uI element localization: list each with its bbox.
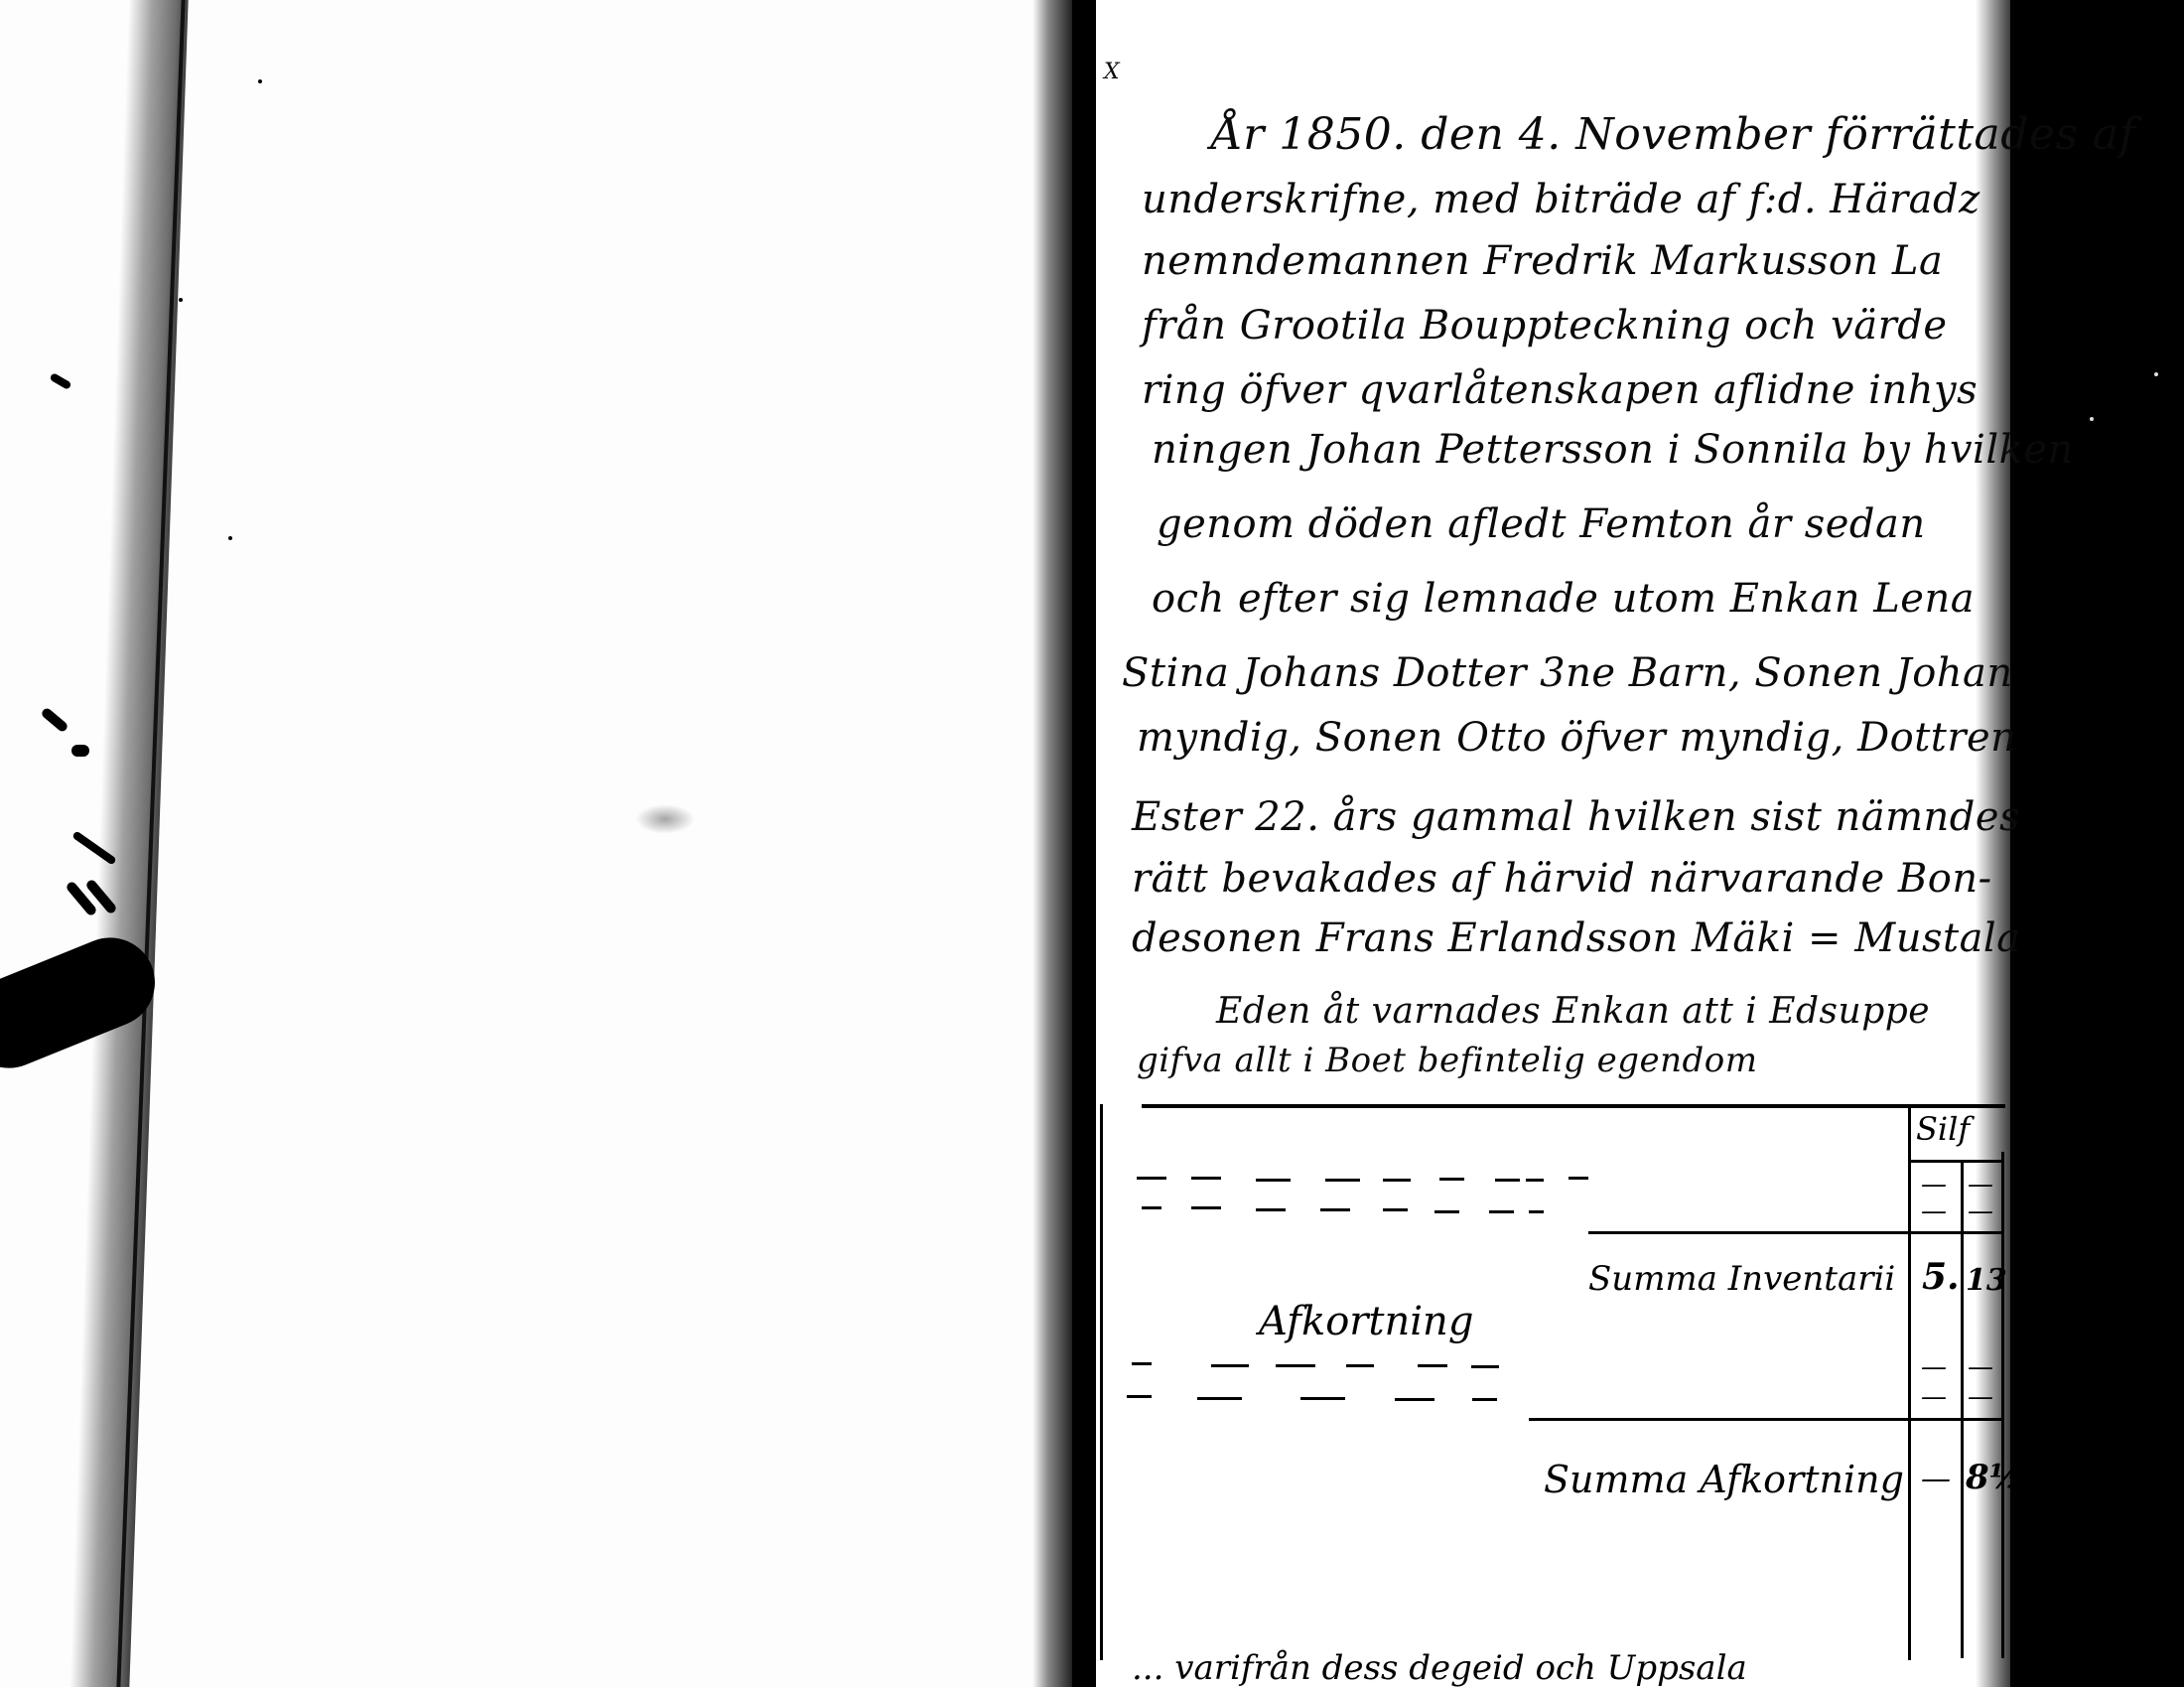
text-line: desonen Frans Erlandsson Mäki = Mustala <box>1132 915 2021 961</box>
ledger-cell: — <box>1921 1352 1947 1382</box>
ledger-sum-rule <box>1529 1418 2003 1421</box>
text-line: Stina Johans Dotter 3ne Barn, Sonen Joha… <box>1122 650 2013 696</box>
text-line: myndig, Sonen Otto öfver myndig, Dottren <box>1137 715 2016 761</box>
left-page-smudge <box>635 804 695 834</box>
text-line: från Grootila Bouppteckning och värde <box>1142 303 1948 349</box>
binding-mark-label: X <box>1104 60 1120 84</box>
ledger-cell: 5. <box>1922 1256 1960 1298</box>
text-line: Eden åt varnades Enkan att i Edsuppe <box>1216 991 1930 1032</box>
ledger-cell: — <box>1921 1170 1947 1199</box>
ledger-cell: — <box>1968 1170 1993 1199</box>
ledger-row-label: Summa Inventarii <box>1588 1259 1895 1299</box>
left-margin-marks <box>20 377 139 894</box>
ledger-column-divider <box>1961 1162 1964 1658</box>
ledger-cell: — <box>1968 1196 1993 1226</box>
text-line: gifva allt i Boet befintelig egendom <box>1137 1041 1757 1080</box>
ledger-cell: — <box>1968 1352 1993 1382</box>
ledger-cell: — <box>1968 1382 1993 1412</box>
text-line: rätt bevakades af härvid närvarande Bon- <box>1132 856 1992 902</box>
next-page-text-fragment: ... varifrån dess degeid och Uppsala <box>1132 1648 1747 1687</box>
ledger-column-divider <box>1908 1104 1911 1660</box>
ledger-left-border <box>1100 1104 1103 1660</box>
ledger-header-rule <box>1908 1160 2003 1163</box>
text-line: underskrifne, med biträde af f:d. Häradz <box>1142 177 1980 222</box>
ledger-table <box>1100 1104 1998 1660</box>
ledger-column-header: Silf <box>1916 1110 1970 1148</box>
binding-shadow <box>1032 0 1072 1687</box>
ledger-cell: — <box>1921 1462 1951 1496</box>
text-line: och efter sig lemnade utom Enkan Lena <box>1152 576 1975 622</box>
ledger-top-rule <box>1142 1104 2005 1108</box>
ledger-right-border <box>2001 1152 2004 1658</box>
ledger-cell: 8½ <box>1966 1458 2024 1497</box>
text-line: ningen Johan Pettersson i Sonnila by hvi… <box>1152 427 2074 473</box>
ledger-cell: 13 <box>1966 1263 2007 1298</box>
ledger-row-label: Summa Afkortning <box>1544 1458 1904 1501</box>
text-line: Ester 22. års gammal hvilken sist nämnde… <box>1132 794 2020 840</box>
ledger-section-heading: Afkortning <box>1259 1299 1473 1344</box>
right-scan-border <box>2010 0 2184 1687</box>
text-line: genom döden afledt Femton år sedan <box>1157 501 1926 547</box>
ledger-cell: — <box>1921 1382 1947 1412</box>
text-line: ring öfver qvarlåtenskapen aflidne inhys <box>1142 367 1978 413</box>
text-line: nemndemannen Fredrik Markusson La <box>1142 238 1943 284</box>
text-line: År 1850. den 4. November förrättades af <box>1211 109 2136 160</box>
ledger-sum-rule <box>1588 1231 2003 1234</box>
ledger-cell: — <box>1921 1196 1947 1226</box>
book-binding <box>1072 0 1096 1687</box>
